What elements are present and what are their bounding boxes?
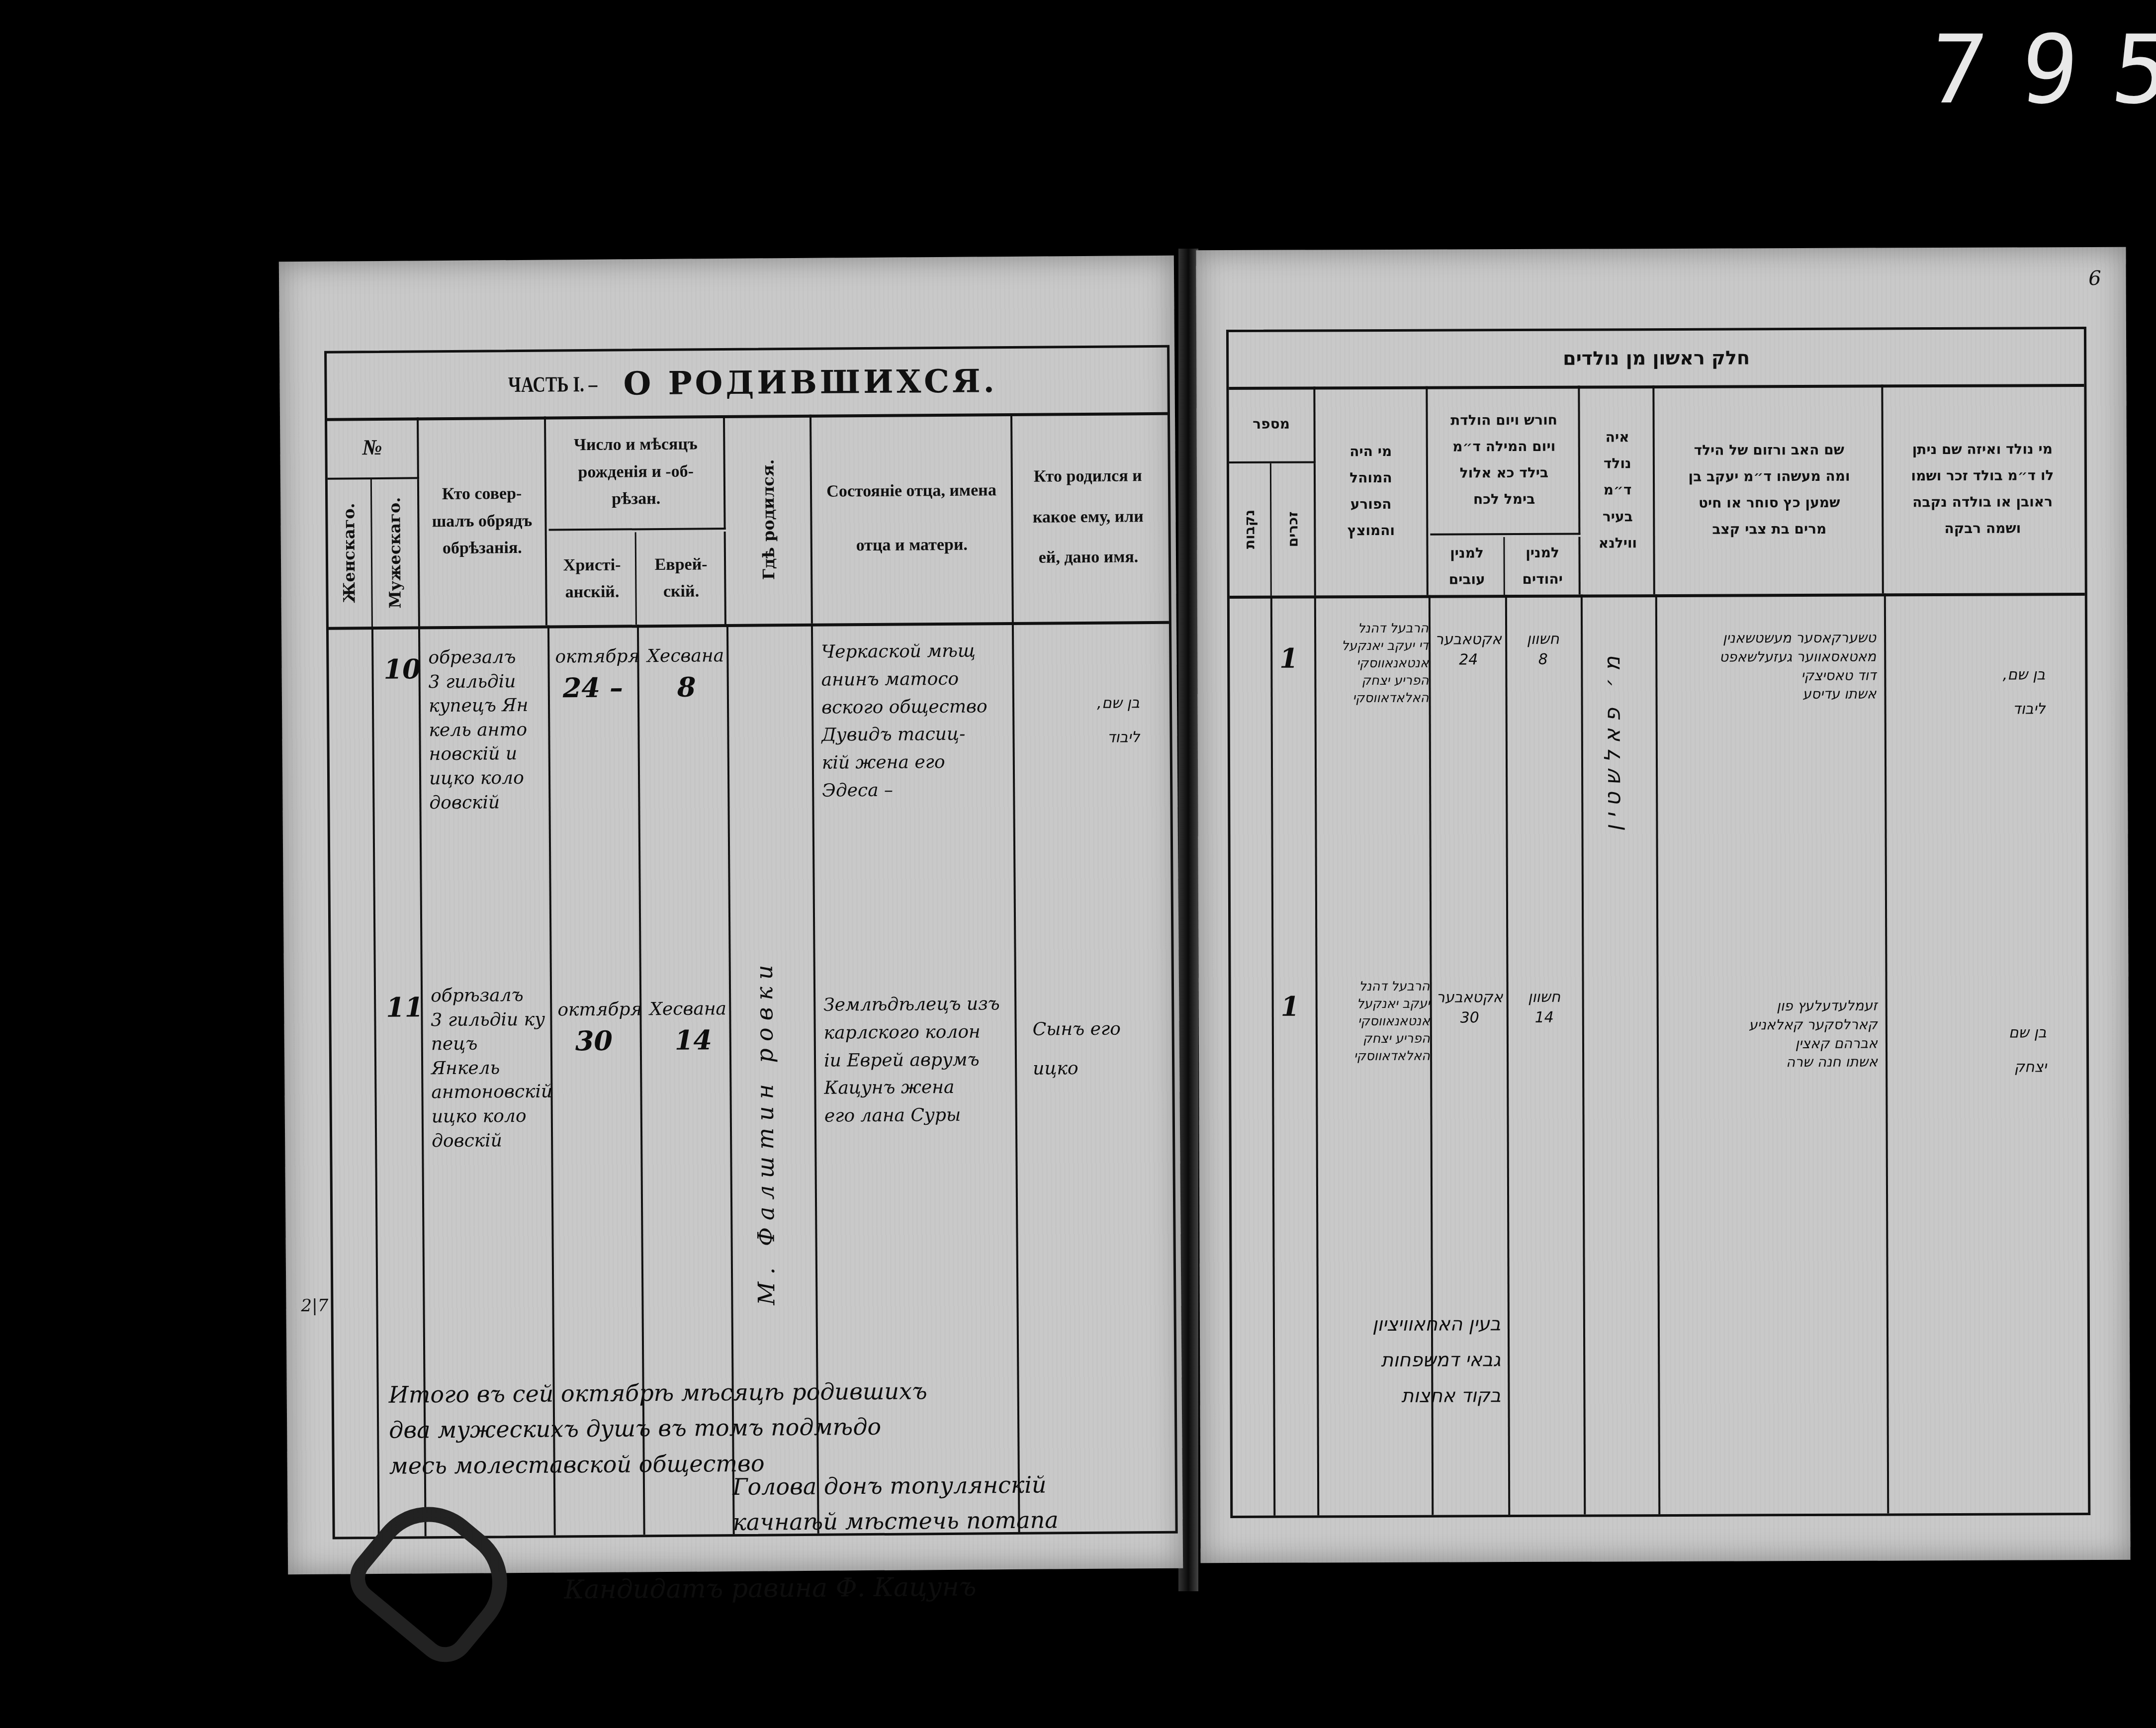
header-gentile-date: למנין עובים xyxy=(1430,537,1505,595)
header-male: זכרים xyxy=(1271,463,1316,595)
margin-mark: 2|7 xyxy=(301,1296,328,1316)
register-book: ЧАСТЬ I. – О РОДИВШИХСЯ. № Женскаго. Муж… xyxy=(278,249,2138,1591)
entry-mohel: הרבעל דהנל יעקב יאנקעל אנטאנאווסקי הפריע… xyxy=(1321,978,1431,1066)
rule xyxy=(1505,595,1510,1515)
rule xyxy=(1270,596,1275,1516)
entry-child-name: Сынъ его ицко xyxy=(1032,1009,1157,1089)
entry-child: בן שם, ליבוד xyxy=(1916,657,2045,727)
header-christian: Христі- анскій. xyxy=(549,532,637,625)
header-where-born-label: Гдѣ родился. xyxy=(756,459,782,580)
header-female: Женскаго. xyxy=(328,479,373,627)
header-mohel: מי היה המוהל הפורע והמוצץ xyxy=(1315,386,1428,596)
entry-gentile-date: אקטאבער 24 xyxy=(1434,630,1503,670)
header-child-name: Кто родился и какое ему, или ей, дано им… xyxy=(1012,412,1164,622)
entry-parents: Землѣдѣлецъ изъ карлского колон іи Еврей… xyxy=(823,990,1013,1130)
right-page: 6 חלק ראשון מן נולדים מספר נקבות זכרים מ… xyxy=(1196,247,2130,1563)
entry-number: 1 xyxy=(1279,640,1298,677)
rule xyxy=(1581,595,1586,1515)
entry-father: טשערקאסער מעשטשאנין מאטאסאווער געזעלשאפט… xyxy=(1667,629,1877,705)
header-father: שם האב ורזום של הילד ומה מעשהו ד״מ יעקב … xyxy=(1656,384,1884,594)
page-number-mark: 6 xyxy=(2088,267,2101,290)
entry-christian-day: 30 xyxy=(575,1023,613,1059)
entry-performer: обрезалъ 3 гильдіи купецъ Ян кель анто н… xyxy=(428,645,548,816)
right-register-form: חלק ראשון מן נולדים מספר נקבות זכרים מי … xyxy=(1226,327,2090,1518)
frame-number-stamp: 795 xyxy=(1923,15,2156,125)
header-date-group: Число и мѣсяцъ рожденія и -об- рѣзан. xyxy=(548,415,726,531)
header-number: מספר xyxy=(1229,386,1316,463)
header-birthplace: איה נולד ד״מ בעיר ווילנא xyxy=(1582,385,1655,595)
rule xyxy=(371,627,380,1537)
entry-number: 11 xyxy=(386,989,424,1025)
entry-parents: Черкаской мѣщ анинъ матосо вского общест… xyxy=(821,637,1011,805)
entry-jewish-month: Хесвана xyxy=(647,644,724,669)
entry-jewish-date: חשוון 14 xyxy=(1510,988,1579,1028)
birthplace-note: מ׳ פאלשטין xyxy=(1598,649,1629,1295)
rule xyxy=(1884,593,1889,1513)
header-male: Мужескаго. xyxy=(372,479,420,627)
header-female-label: Женскаго. xyxy=(337,503,363,604)
left-column-headers: № Женскаго. Мужескаго. Кто совер- шалъ о… xyxy=(327,412,1169,630)
header-male-label: זכרים xyxy=(1279,512,1306,547)
signature-head: Голова донъ топулянскій качнаѣй мѣстечь … xyxy=(732,1466,1170,1541)
section-title: О РОДИВШИХСЯ. xyxy=(623,363,997,402)
header-where-born: Гдѣ родился. xyxy=(727,415,813,624)
entry-father: זעמלעדעלעץ פון קארלסקער קאלאניע אברהם קא… xyxy=(1669,996,1878,1072)
header-female-label: נקבות xyxy=(1237,510,1263,549)
left-page: ЧАСТЬ I. – О РОДИВШИХСЯ. № Женскаго. Муж… xyxy=(279,256,1183,1575)
right-column-headers: מספר נקבות זכרים מי היה המוהל הפורע והמו… xyxy=(1229,384,2084,599)
entry-christian-month: октября xyxy=(555,644,639,669)
entry-child-name: בן שם, ליבוד xyxy=(1040,686,1140,755)
entry-christian-day: 24 – xyxy=(563,670,623,707)
entry-jewish-date: חשוון 8 xyxy=(1508,630,1578,670)
entry-child: בן שם יצחק xyxy=(1917,1015,2047,1085)
right-title: חלק ראשון מן נולדים xyxy=(1229,329,2084,390)
entry-jewish-month: Хесвана xyxy=(649,997,726,1022)
entry-performer: обрѣзалъ 3 гильдіи ку пецъ Янкель антоно… xyxy=(431,984,551,1154)
entry-number: 1 xyxy=(1281,989,1300,1025)
header-dates: חורש ויום הולדת ויום המילה ד״מ בילד כא א… xyxy=(1430,386,1580,536)
header-jewish: Еврей- скій. xyxy=(638,532,726,625)
entry-christian-month: октября xyxy=(557,998,642,1022)
left-register-form: ЧАСТЬ I. – О РОДИВШИХСЯ. № Женскаго. Муж… xyxy=(324,345,1178,1540)
header-jewish-date: למנין יהודים xyxy=(1506,537,1580,595)
entry-number: 10 xyxy=(383,651,421,687)
header-female: נקבות xyxy=(1229,463,1272,596)
header-number: № xyxy=(327,417,419,479)
header-who-performed: Кто совер- шалъ обрядъ обрѣзанія. xyxy=(419,417,547,627)
left-title: ЧАСТЬ I. – О РОДИВШИХСЯ. xyxy=(327,348,1168,421)
part-label: ЧАСТЬ I. – xyxy=(508,371,598,397)
where-born-note: М. Фалштин ровки xyxy=(746,658,782,1305)
hebrew-signature: בעין האחאוויציון גבאי דמשפחות בקוד אחצות xyxy=(1292,1306,1501,1414)
entry-gentile-date: אקטאבער 30 xyxy=(1435,988,1505,1028)
rule xyxy=(1655,594,1660,1514)
header-child: מי נולד ואיזה שם ניתן לו ד״מ בולד זכר וש… xyxy=(1885,384,2079,593)
entry-jewish-day: 14 xyxy=(675,1022,713,1058)
entry-jewish-day: 8 xyxy=(677,669,696,705)
entry-mohel: הרבעל דהנל די יעקב יאנקעל אנטאנאווסקי הפ… xyxy=(1319,620,1429,708)
section-title-hebrew: חלק ראשון מן נולדים xyxy=(1563,347,1750,369)
signature-rabbi: Кандидатъ равина Ф. Кацунъ xyxy=(564,1566,1161,1610)
header-parents: Состояніе отца, имена отца и матери. xyxy=(811,413,1014,624)
header-male-label: Мужескаго. xyxy=(382,497,408,609)
